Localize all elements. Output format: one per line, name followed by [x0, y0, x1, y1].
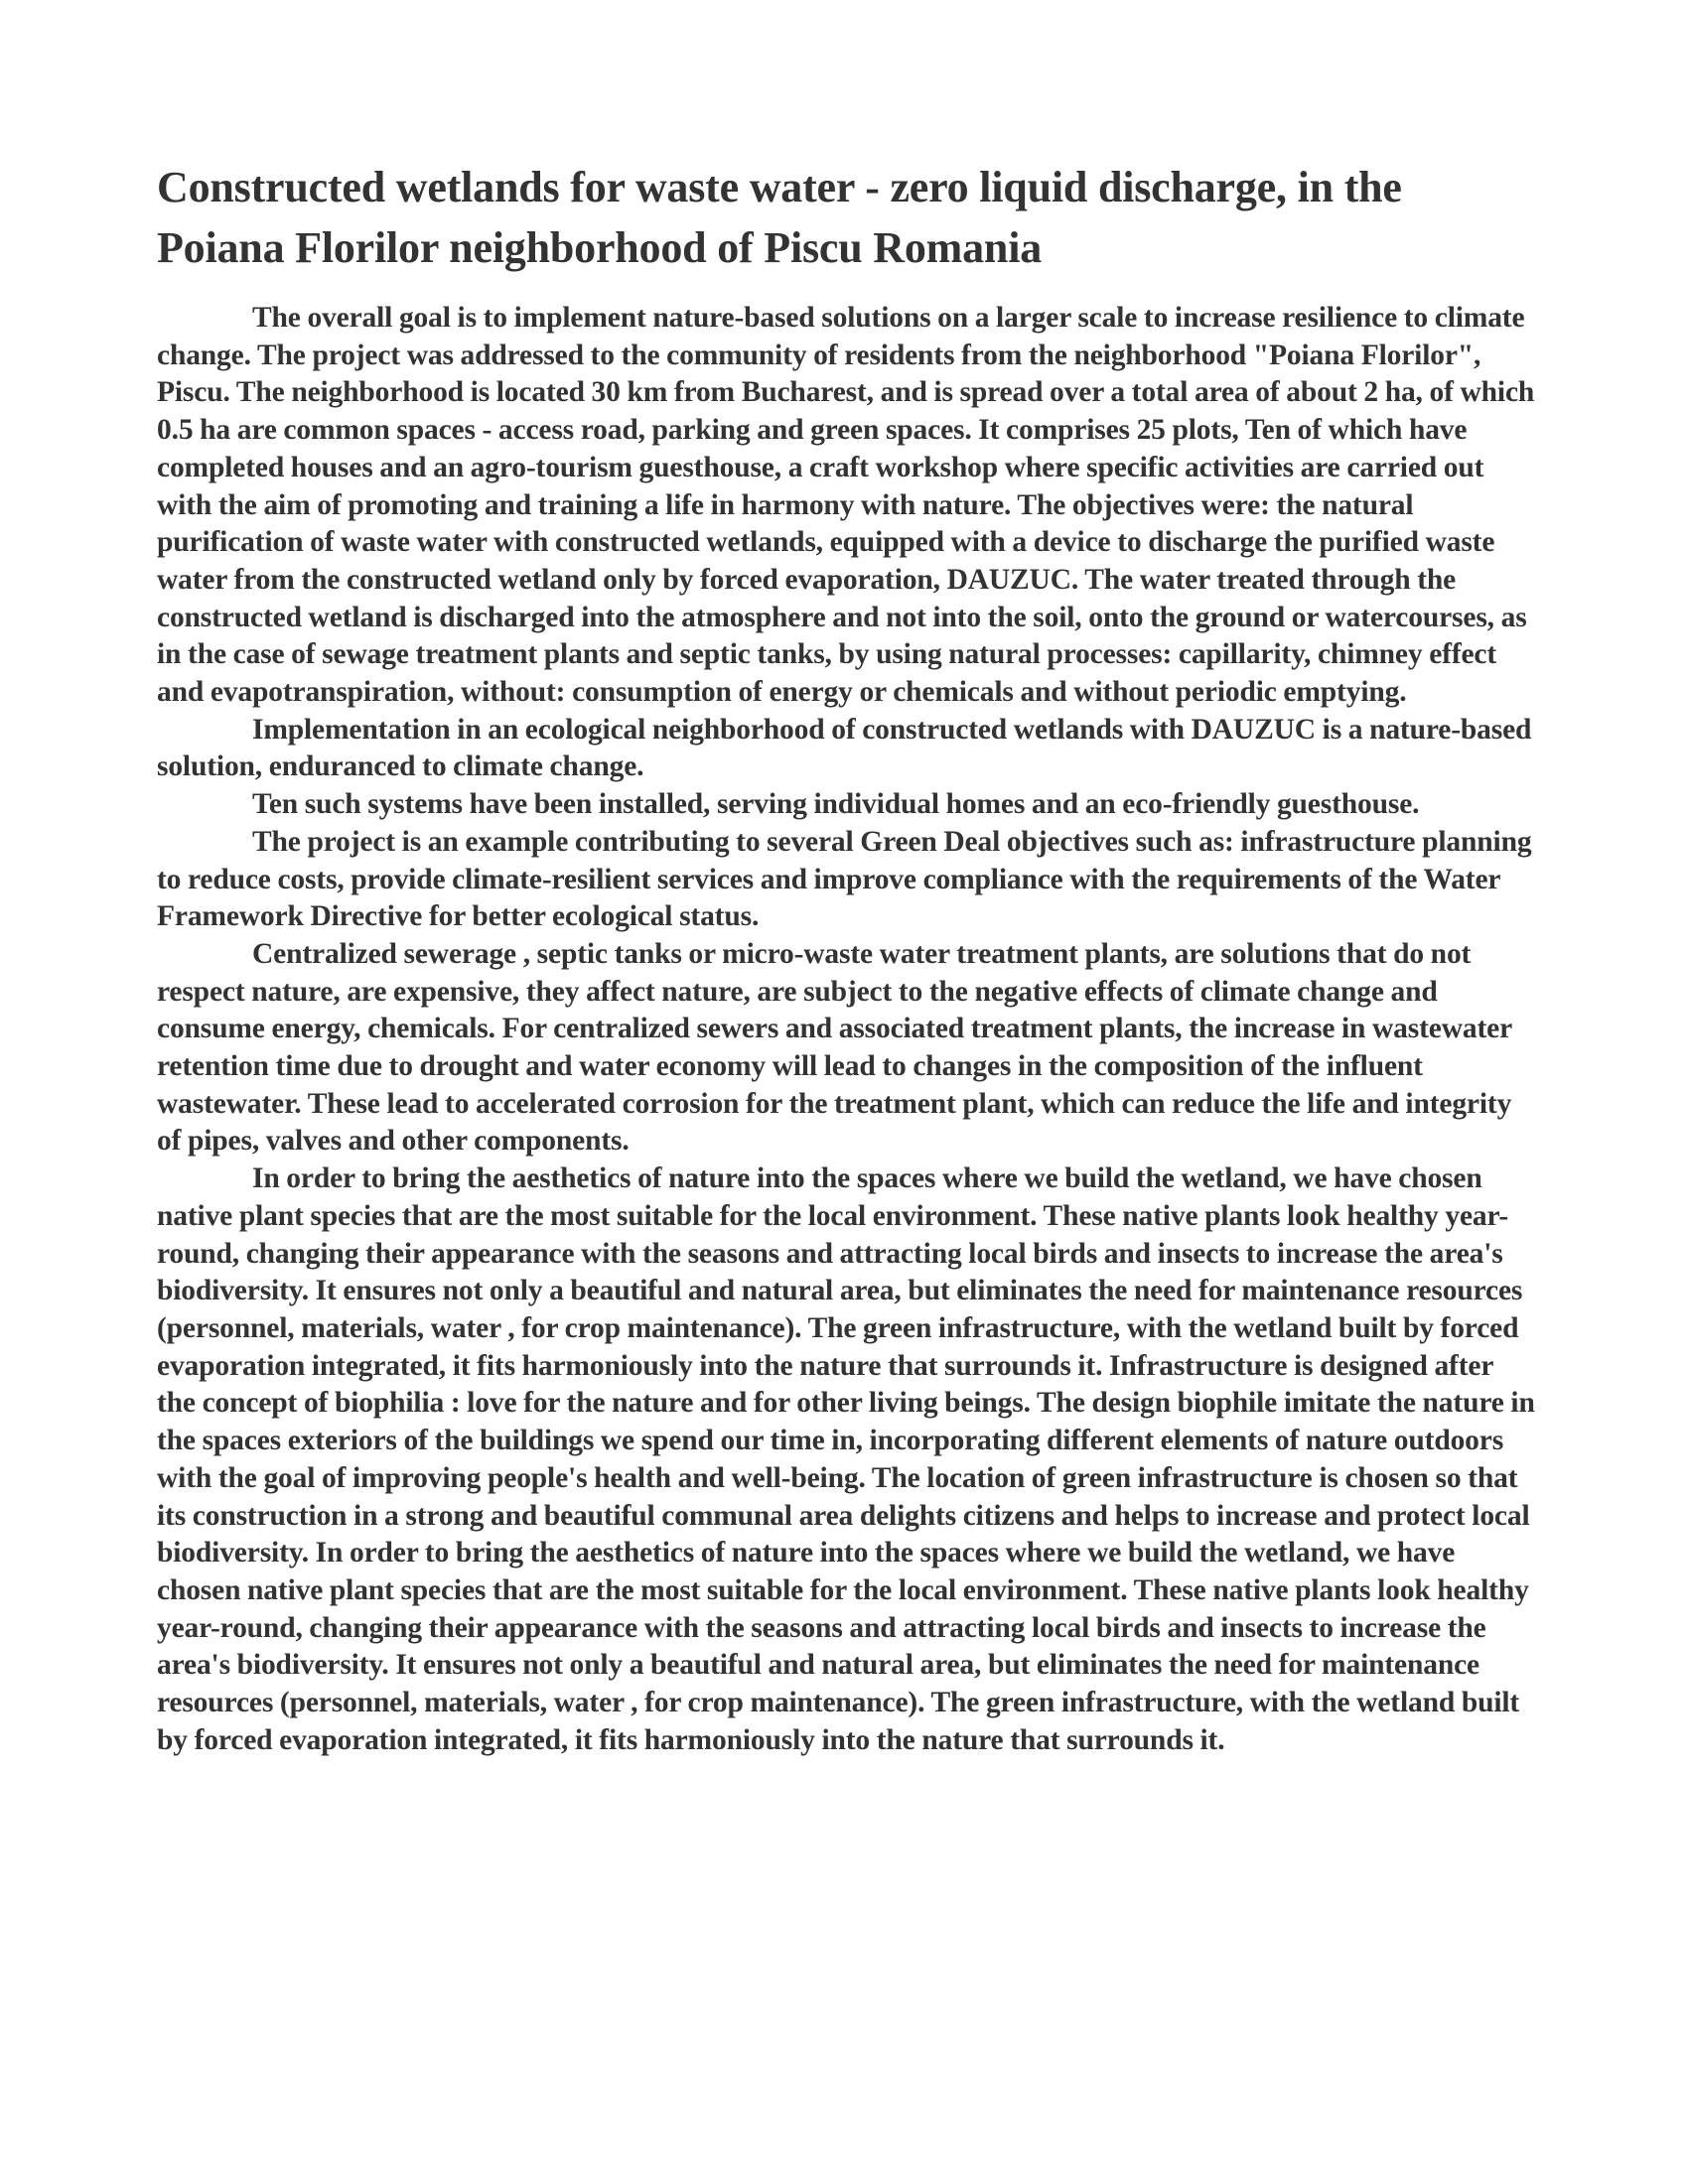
paragraph-systems-installed: Ten such systems have been installed, se…: [157, 786, 1537, 824]
paragraph-green-deal: The project is an example contributing t…: [157, 824, 1537, 936]
paragraph-aesthetics-biophilia: In order to bring the aesthetics of natu…: [157, 1160, 1537, 1759]
document-page: Constructed wetlands for waste water - z…: [157, 157, 1537, 1759]
paragraph-centralized-sewerage: Centralized sewerage , septic tanks or m…: [157, 936, 1537, 1160]
document-body: The overall goal is to implement nature-…: [157, 300, 1537, 1759]
paragraph-implementation: Implementation in an ecological neighbor…: [157, 712, 1537, 786]
document-title: Constructed wetlands for waste water - z…: [157, 157, 1537, 278]
paragraph-overall-goal: The overall goal is to implement nature-…: [157, 300, 1537, 712]
